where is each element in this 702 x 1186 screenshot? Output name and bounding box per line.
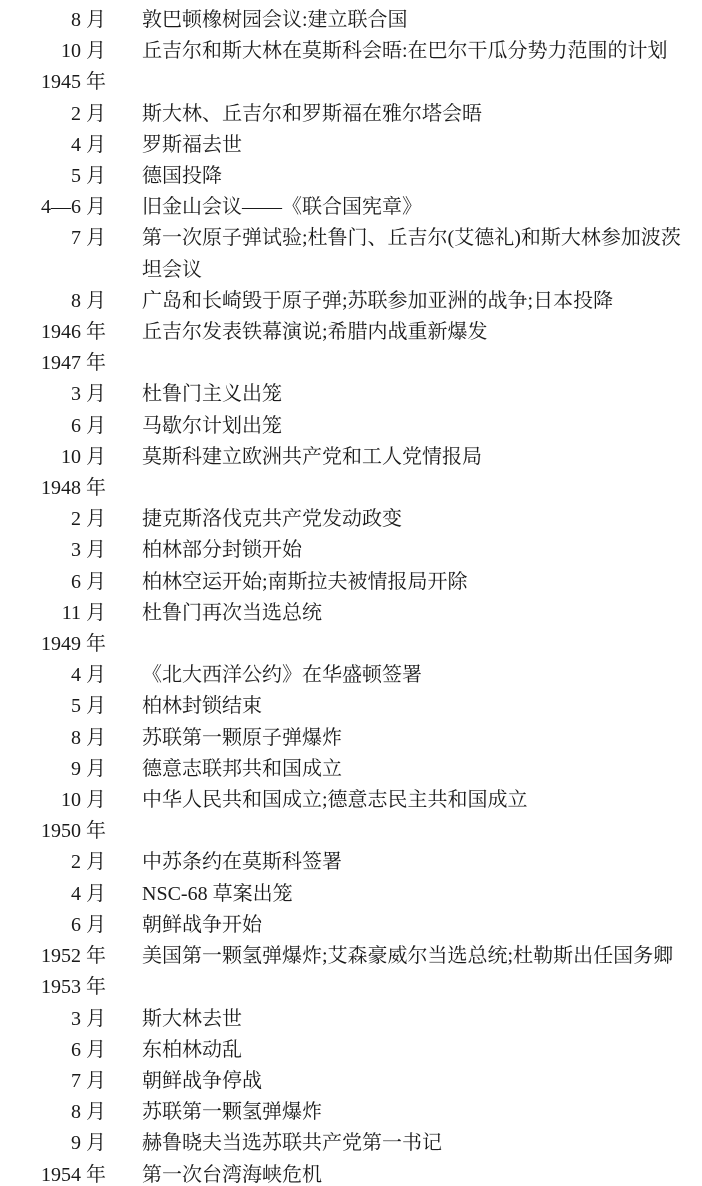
timeline-date: 1945 年: [0, 67, 106, 98]
timeline-row: 1950 年: [0, 816, 702, 847]
timeline-date: 4 月: [0, 130, 106, 161]
timeline-event: 东柏林动乱: [142, 1035, 702, 1066]
timeline-row: 2 月 斯大林、丘吉尔和罗斯福在雅尔塔会晤: [0, 99, 702, 130]
timeline-row: 8 月 广岛和长崎毁于原子弹;苏联参加亚洲的战争;日本投降: [0, 286, 702, 317]
timeline-row: 11 月 杜鲁门再次当选总统: [0, 598, 702, 629]
timeline-row: 3 月 杜鲁门主义出笼: [0, 379, 702, 410]
timeline-event: 中苏条约在莫斯科签署: [142, 847, 702, 878]
timeline-row: 1945 年: [0, 67, 702, 98]
timeline-date: 6 月: [0, 1035, 106, 1066]
timeline-event: 中华人民共和国成立;德意志民主共和国成立: [142, 785, 702, 816]
timeline-event: NSC-68 草案出笼: [142, 879, 702, 910]
timeline-date: 5 月: [0, 161, 106, 192]
timeline-event: 美国第一颗氢弹爆炸;艾森豪威尔当选总统;杜勒斯出任国务卿: [142, 941, 702, 972]
timeline-row: 7 月 朝鲜战争停战: [0, 1066, 702, 1097]
timeline-row: 10 月 中华人民共和国成立;德意志民主共和国成立: [0, 785, 702, 816]
timeline-row: 6 月 东柏林动乱: [0, 1035, 702, 1066]
timeline-date: 9 月: [0, 754, 106, 785]
timeline-date: 6 月: [0, 411, 106, 442]
timeline-event: 捷克斯洛伐克共产党发动政变: [142, 504, 702, 535]
timeline-event: 苏联第一颗氢弹爆炸: [142, 1097, 702, 1128]
timeline-date: 1954 年: [0, 1160, 106, 1186]
timeline-date: 5 月: [0, 691, 106, 722]
timeline-date: 8 月: [0, 286, 106, 317]
timeline-event: 朝鲜战争停战: [142, 1066, 702, 1097]
timeline-date: 1946 年: [0, 317, 106, 348]
timeline-row: 10 月 莫斯科建立欧洲共产党和工人党情报局: [0, 442, 702, 473]
timeline-date: 9 月: [0, 1128, 106, 1159]
timeline-row: 3 月 斯大林去世: [0, 1004, 702, 1035]
timeline-event: 杜鲁门再次当选总统: [142, 598, 702, 629]
timeline-date: 1950 年: [0, 816, 106, 847]
timeline-date: 7 月: [0, 223, 106, 254]
timeline-date: 4 月: [0, 879, 106, 910]
timeline-date: 3 月: [0, 1004, 106, 1035]
timeline-date: 3 月: [0, 379, 106, 410]
timeline-date: 8 月: [0, 723, 106, 754]
timeline-row: 6 月 马歇尔计划出笼: [0, 411, 702, 442]
timeline-event: 柏林空运开始;南斯拉夫被情报局开除: [142, 567, 702, 598]
timeline-row: 6 月 柏林空运开始;南斯拉夫被情报局开除: [0, 567, 702, 598]
timeline-event: 敦巴顿橡树园会议:建立联合国: [142, 5, 702, 36]
timeline-event: 苏联第一颗原子弹爆炸: [142, 723, 702, 754]
timeline-date: 2 月: [0, 99, 106, 130]
timeline-date: 2 月: [0, 847, 106, 878]
timeline-event: 广岛和长崎毁于原子弹;苏联参加亚洲的战争;日本投降: [142, 286, 702, 317]
timeline-date: 4 月: [0, 660, 106, 691]
timeline-date: 6 月: [0, 910, 106, 941]
timeline-date: 1947 年: [0, 348, 106, 379]
timeline-event: 柏林部分封锁开始: [142, 535, 702, 566]
timeline-event: 德意志联邦共和国成立: [142, 754, 702, 785]
timeline-row: 1952 年 美国第一颗氢弹爆炸;艾森豪威尔当选总统;杜勒斯出任国务卿: [0, 941, 702, 972]
timeline-date: 10 月: [0, 785, 106, 816]
timeline-row: 5 月 德国投降: [0, 161, 702, 192]
timeline-date: 2 月: [0, 504, 106, 535]
timeline-row: 7 月 第一次原子弹试验;杜鲁门、丘吉尔(艾德礼)和斯大林参加波茨 坦会议: [0, 223, 702, 285]
timeline-event: 第一次原子弹试验;杜鲁门、丘吉尔(艾德礼)和斯大林参加波茨 坦会议: [142, 223, 702, 285]
timeline-date: 10 月: [0, 36, 106, 67]
timeline-row: 5 月 柏林封锁结束: [0, 691, 702, 722]
timeline-row: 4—6 月 旧金山会议——《联合国宪章》: [0, 192, 702, 223]
timeline-rows: 8 月 敦巴顿橡树园会议:建立联合国 10 月 丘吉尔和斯大林在莫斯科会晤:在巴…: [0, 5, 702, 1186]
timeline-event: 莫斯科建立欧洲共产党和工人党情报局: [142, 442, 702, 473]
timeline-date: 4—6 月: [0, 192, 106, 223]
timeline-event: 丘吉尔和斯大林在莫斯科会晤:在巴尔干瓜分势力范围的计划: [142, 36, 702, 67]
timeline-row: 4 月 罗斯福去世: [0, 130, 702, 161]
timeline-row: 2 月 中苏条约在莫斯科签署: [0, 847, 702, 878]
timeline-event: 《北大西洋公约》在华盛顿签署: [142, 660, 702, 691]
timeline-row: 8 月 苏联第一颗氢弹爆炸: [0, 1097, 702, 1128]
timeline-date: 1949 年: [0, 629, 106, 660]
timeline-event: 杜鲁门主义出笼: [142, 379, 702, 410]
timeline-date: 8 月: [0, 1097, 106, 1128]
timeline-event: 德国投降: [142, 161, 702, 192]
timeline-row: 2 月 捷克斯洛伐克共产党发动政变: [0, 504, 702, 535]
timeline-row: 10 月 丘吉尔和斯大林在莫斯科会晤:在巴尔干瓜分势力范围的计划: [0, 36, 702, 67]
timeline-event: 柏林封锁结束: [142, 691, 702, 722]
timeline-date: 8 月: [0, 5, 106, 36]
timeline-row: 8 月 敦巴顿橡树园会议:建立联合国: [0, 5, 702, 36]
timeline-date: 1953 年: [0, 972, 106, 1003]
timeline-date: 1948 年: [0, 473, 106, 504]
timeline-date: 1952 年: [0, 941, 106, 972]
timeline-row: 1949 年: [0, 629, 702, 660]
timeline-event: 第一次台湾海峡危机: [142, 1160, 702, 1186]
timeline-event: 罗斯福去世: [142, 130, 702, 161]
timeline-event: 朝鲜战争开始: [142, 910, 702, 941]
scanned-book-page: 8 月 敦巴顿橡树园会议:建立联合国 10 月 丘吉尔和斯大林在莫斯科会晤:在巴…: [0, 0, 702, 1186]
timeline-event: 斯大林、丘吉尔和罗斯福在雅尔塔会晤: [142, 99, 702, 130]
timeline-row: 1948 年: [0, 473, 702, 504]
timeline-date: 6 月: [0, 567, 106, 598]
timeline-date: 11 月: [0, 598, 106, 629]
timeline-event: 斯大林去世: [142, 1004, 702, 1035]
timeline-row: 1947 年: [0, 348, 702, 379]
timeline-row: 1953 年: [0, 972, 702, 1003]
timeline-event: 马歇尔计划出笼: [142, 411, 702, 442]
timeline-date: 10 月: [0, 442, 106, 473]
timeline-row: 8 月 苏联第一颗原子弹爆炸: [0, 723, 702, 754]
timeline-event: 旧金山会议——《联合国宪章》: [142, 192, 702, 223]
timeline-event: 赫鲁晓夫当选苏联共产党第一书记: [142, 1128, 702, 1159]
timeline-row: 1946 年 丘吉尔发表铁幕演说;希腊内战重新爆发: [0, 317, 702, 348]
timeline-row: 6 月 朝鲜战争开始: [0, 910, 702, 941]
timeline-row: 3 月 柏林部分封锁开始: [0, 535, 702, 566]
timeline-row: 1954 年 第一次台湾海峡危机: [0, 1160, 702, 1186]
timeline-date: 3 月: [0, 535, 106, 566]
timeline-row: 4 月 《北大西洋公约》在华盛顿签署: [0, 660, 702, 691]
timeline-row: 4 月 NSC-68 草案出笼: [0, 879, 702, 910]
timeline-row: 9 月 赫鲁晓夫当选苏联共产党第一书记: [0, 1128, 702, 1159]
timeline-row: 9 月 德意志联邦共和国成立: [0, 754, 702, 785]
timeline-event: 丘吉尔发表铁幕演说;希腊内战重新爆发: [142, 317, 702, 348]
timeline-date: 7 月: [0, 1066, 106, 1097]
